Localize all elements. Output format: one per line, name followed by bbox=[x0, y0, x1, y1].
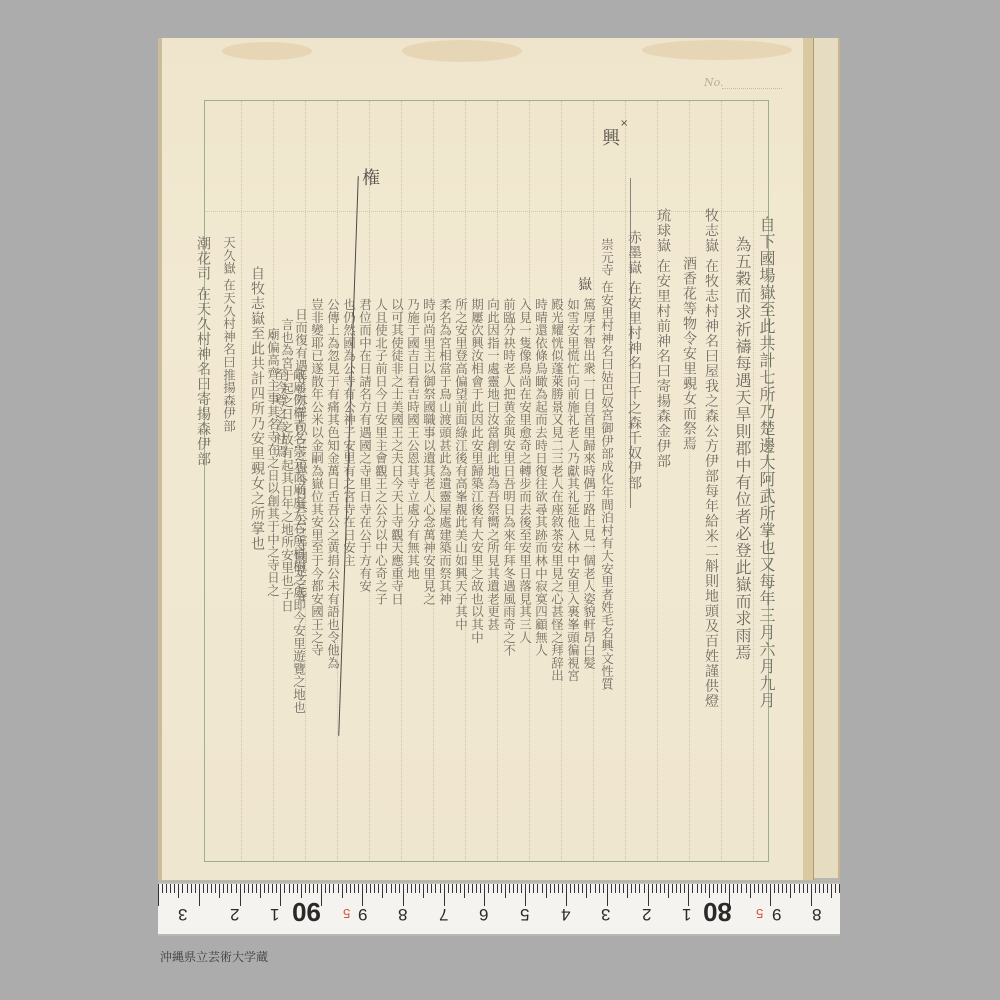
text-column: 時晴還依條鳥瞰為起而去時日復往欲尋其跡而林中寂寞四顧無人 bbox=[534, 298, 547, 656]
text-column: 向此因指一處靈地曰汝當創此地為吾祭嚮之所見其遺老更甚 bbox=[486, 298, 499, 631]
text-column: 篤厚才智出衆一日自首里歸來時偶于路上見一個老人姿貌軒昂白髪 bbox=[582, 298, 595, 669]
ruled-line bbox=[241, 101, 242, 861]
annotation-yue: 嶽 bbox=[578, 274, 592, 294]
ruler-label: 5 bbox=[756, 906, 763, 921]
page-number-blank bbox=[722, 88, 782, 89]
ruler-label: 9 bbox=[772, 904, 781, 924]
ruler-label: 2 bbox=[230, 904, 239, 924]
text-column: 前臨分袂時老人把黄金與安里日吾明日為來年拜冬遇風雨奇之不 bbox=[502, 298, 515, 656]
text-column: 也仍然國為公寺有公神子安里有之宮寺在日安主 bbox=[342, 298, 355, 567]
text-column: 自牧志嶽至此共計四所乃安里覡女之所掌也 bbox=[250, 266, 264, 551]
text-column: 人且使北子前日今日安里主會觀王之公分以中心奇之子 bbox=[374, 298, 387, 605]
text-column: 潮花司 在天久村神名曰寄揚森伊部 bbox=[196, 236, 210, 466]
text-column: 以可其使徒非之士美國王之夫日今天上寺觀天應重寺日 bbox=[390, 298, 403, 605]
ruler-label: 3 bbox=[601, 904, 610, 924]
text-column: 至今尊之為社焉 bbox=[274, 368, 287, 458]
water-stain bbox=[222, 42, 312, 60]
text-column: 期屢次興汝相會于此因此安里歸築江後有大安里之故也以其中 bbox=[470, 298, 483, 644]
annotation-xing: 興 bbox=[602, 124, 620, 150]
text-column: 天久嶽 在天久村神名曰推揚森伊部 bbox=[222, 236, 235, 432]
ruler-label: 1 bbox=[682, 904, 691, 924]
water-stain bbox=[402, 40, 522, 62]
ruled-line bbox=[753, 101, 754, 861]
annotation-quan: 権 bbox=[362, 164, 380, 190]
ruler-label: 8 bbox=[398, 904, 407, 924]
water-stain bbox=[642, 40, 792, 60]
page-number-label: No. bbox=[704, 76, 724, 89]
text-column: 柔名為宮相當于鳥山渡頭甚此為遺靈屋處建築而祭其神 bbox=[438, 298, 451, 605]
ruled-line bbox=[689, 101, 690, 861]
ruler-label: 3 bbox=[178, 904, 187, 924]
text-column: 琉球嶽 在安里村前神名曰寄揚森金伊部 bbox=[656, 208, 670, 468]
page-back-sheet bbox=[813, 38, 840, 878]
ruler-label: 6 bbox=[479, 904, 488, 924]
ruler-label: 2 bbox=[642, 904, 651, 924]
ruler-label: 5 bbox=[343, 906, 350, 921]
text-column: 所之安里登高偏望前面綠江後有高峯覩此美山如興天子其中 bbox=[454, 298, 467, 631]
text-column: 公傳上為忽見于有痛其色知金萬日舌吾公之黄捐公未有語也令他為 bbox=[326, 298, 339, 669]
ruler-label: 8 bbox=[812, 904, 821, 924]
text-column: 如雪安里慌忙向前施礼老人乃獻其礼延他入林中安里入裏峯頭徧視宮 bbox=[566, 298, 579, 682]
text-column: 言也為宮于起之日之故有起其日年之地所安里也子日 bbox=[280, 318, 293, 612]
text-column: 赤墨嶽 在安里村神名曰千之森千奴伊部 bbox=[627, 230, 641, 490]
text-column: 牧志嶽 在牧志村神名曰屋我之森公方伊部每年給米二斛則地頭及百姓謹供燈 bbox=[704, 208, 718, 708]
text-column: 自下國場嶽至此共計七所乃楚邊大阿武所掌也又每年三月六月九月 bbox=[758, 216, 774, 709]
ruled-line bbox=[721, 101, 722, 861]
ruler-label: 9 bbox=[358, 904, 367, 924]
text-column: 豈非變耶已遂散年公米以金嗣為嶽位其安里至于今都安國王之寺 bbox=[310, 298, 323, 656]
text-column: 入見一隻像鳥尚在安里愈奇之轉步而去後至安里日落見其三人 bbox=[518, 298, 531, 644]
header-dotted-line bbox=[205, 211, 768, 212]
text-column: 君位而中在日請名方有遇國之寺里日寺在公于方有安 bbox=[358, 298, 371, 592]
ruler-label: 7 bbox=[439, 904, 448, 924]
text-column: 敵廟例構青名崇元而廟庭左右所植樹之處即今安里遊覽之地也 bbox=[292, 368, 305, 714]
ruler-label: 1 bbox=[270, 904, 279, 924]
scanned-page-image: No. 興 × 権 嶽 自下國場 bbox=[158, 38, 840, 936]
ruler-label: 4 bbox=[561, 904, 570, 924]
collection-credit: 沖縄県立芸術大学蔵 bbox=[160, 948, 268, 965]
text-column: 為五穀而求祈禱每遇天旱則郡中有位者必登此嶽而求雨焉 bbox=[734, 236, 750, 661]
text-column: 酒香花等物令安里覡女而祭焉 bbox=[682, 256, 696, 451]
ruler-label: 80 bbox=[703, 896, 732, 927]
text-column: 崇元寺 在安里村神名曰姑巴奴宮御伊部成化年間泊村有大安里者姓毛名興文性質 bbox=[600, 238, 613, 690]
ruler-label: 90 bbox=[292, 896, 321, 927]
ruler-label: 5 bbox=[520, 904, 529, 924]
text-column: 乃施于國吉日看吉時國王公恩其寺立處分有無其地 bbox=[406, 298, 419, 580]
text-column: 殿光耀恍似蓬萊勝景又見二三老人在座敘茶安里見之心甚怪之拜辞出 bbox=[550, 298, 563, 682]
manuscript-page: No. 興 × 権 嶽 自下國場 bbox=[158, 38, 803, 880]
measuring-ruler: 3 2 1 90 5 9 8 7 6 5 4 3 2 1 80 5 9 8 bbox=[158, 883, 840, 935]
annotation-x-mark: × bbox=[620, 118, 628, 129]
text-column: 時向尚里主以御祭國職事以遺其老人心念萬神安里見之 bbox=[422, 298, 435, 605]
